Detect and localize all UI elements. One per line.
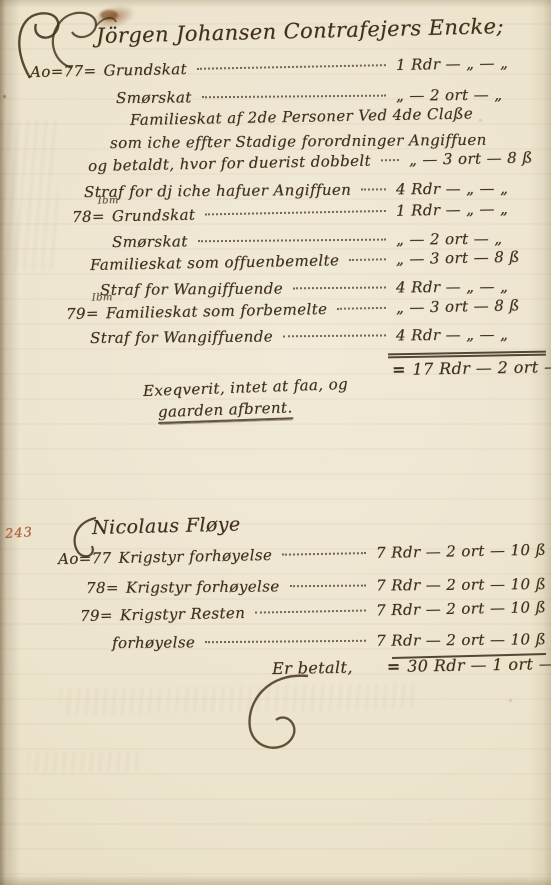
dotted-leader	[293, 287, 386, 290]
dotted-leader	[381, 159, 399, 161]
entry-line: Straf for dj iche hafuer Angiffuen 4 Rdr…	[84, 180, 546, 201]
dotted-leader	[205, 640, 366, 643]
entry-amount: 7 Rdr — 2 ort — 10 ß	[376, 599, 546, 619]
dotted-leader	[198, 239, 386, 243]
entry-line: Smørskat „ — 2 ort — „	[112, 230, 546, 250]
year-prefix: 79=	[66, 305, 99, 322]
ibidem-note: Ibm	[98, 195, 119, 206]
entry-label: Familieskat som forbemelte	[106, 301, 328, 322]
year-prefix: 78=	[72, 208, 105, 225]
dotted-leader	[349, 258, 386, 261]
entry-amount: „ — 3 ort — 8 ß	[409, 149, 551, 168]
bleedthrough-text	[28, 751, 138, 773]
paid-equals: =	[387, 657, 400, 676]
dotted-leader	[255, 610, 366, 614]
entry-amount: „ — 2 ort — „	[396, 86, 546, 104]
dotted-leader	[202, 95, 386, 99]
year-prefix: 79=	[80, 607, 113, 624]
entry-label: Krigstyr forhøyelse	[126, 578, 280, 596]
dotted-leader	[197, 64, 386, 70]
entry-label: som iche effter Stadige forordninger Ang…	[110, 132, 487, 152]
paid-amount: 30 Rdr — 1 ort — 16 ß	[407, 653, 551, 675]
entry-line: forhøyelse 7 Rdr — 2 ort — 10 ß	[112, 631, 546, 651]
ibidem-note: Ibm	[92, 292, 113, 303]
entry-line: 78= Krigstyr forhøyelse 7 Rdr — 2 ort — …	[86, 576, 546, 597]
entry-amount: „ — 2 ort — „	[396, 230, 546, 248]
entry-amount: 4 Rdr — „ — „	[396, 326, 546, 344]
entry-amount: 1 Rdr — „ — „	[396, 200, 546, 219]
entry-label: Grundskat	[112, 207, 196, 225]
entry-amount: 1 Rdr — „ — „	[396, 54, 546, 73]
entry-label: forhøyelse	[112, 634, 195, 651]
folio-number: 243	[5, 525, 34, 542]
dotted-leader	[290, 585, 367, 588]
entry-line: Straf for Wangiffuende 4 Rdr — „ — „	[90, 326, 546, 346]
entry-amount: 4 Rdr — „ — „	[396, 278, 546, 296]
entry-label: Straf for Wangiffuende	[100, 280, 283, 298]
account2-heading: Nicolaus Fløye	[92, 513, 241, 539]
entry-label: Grundskat	[103, 61, 187, 79]
account1-sum: = 17 Rdr — 2 ort — „	[392, 357, 551, 379]
entry-label: Straf for Wangiffuende	[90, 328, 273, 346]
entry-amount: 7 Rdr — 2 ort — 10 ß	[376, 542, 546, 562]
year-prefix: Ao=77	[58, 550, 112, 568]
dotted-leader	[205, 210, 386, 215]
entry-label: Krigstyr forhøyelse	[118, 547, 272, 566]
dotted-leader	[283, 334, 386, 337]
dotted-leader	[337, 307, 386, 310]
manuscript-scan: Jörgen Johansen Contrafejers Encke; Ao=7…	[0, 0, 551, 885]
entry-label: Smørskat	[116, 89, 192, 106]
sum-amount: 17 Rdr — 2 ort — „	[412, 357, 551, 379]
year-prefix: Ao=77=	[30, 63, 97, 81]
dotted-leader	[361, 188, 386, 190]
entry-amount: 7 Rdr — 2 ort — 10 ß	[376, 631, 546, 649]
entry-amount: „ — 3 ort — 8 ß	[396, 248, 546, 267]
entry-amount: „ — 3 ort — 8 ß	[396, 297, 546, 316]
entry-amount: 7 Rdr — 2 ort — 10 ß	[376, 576, 546, 594]
closing-flourish	[238, 668, 328, 758]
entry-amount: 4 Rdr — „ — „	[396, 180, 546, 198]
entry-label: Straf for dj iche hafuer Angiffuen	[84, 182, 351, 201]
entry-label: Krigstyr Resten	[120, 605, 246, 624]
entry-label: Smørskat	[112, 233, 188, 250]
dotted-leader	[282, 552, 366, 556]
bleedthrough-text	[0, 119, 58, 270]
sum-equals: =	[392, 360, 405, 379]
entry-line: Straf for Wangiffuende 4 Rdr — „ — „	[100, 278, 546, 298]
paper-specks	[0, 0, 1, 1]
year-prefix: 78=	[86, 580, 119, 597]
entry-line: Smørskat „ — 2 ort — „	[116, 86, 546, 106]
